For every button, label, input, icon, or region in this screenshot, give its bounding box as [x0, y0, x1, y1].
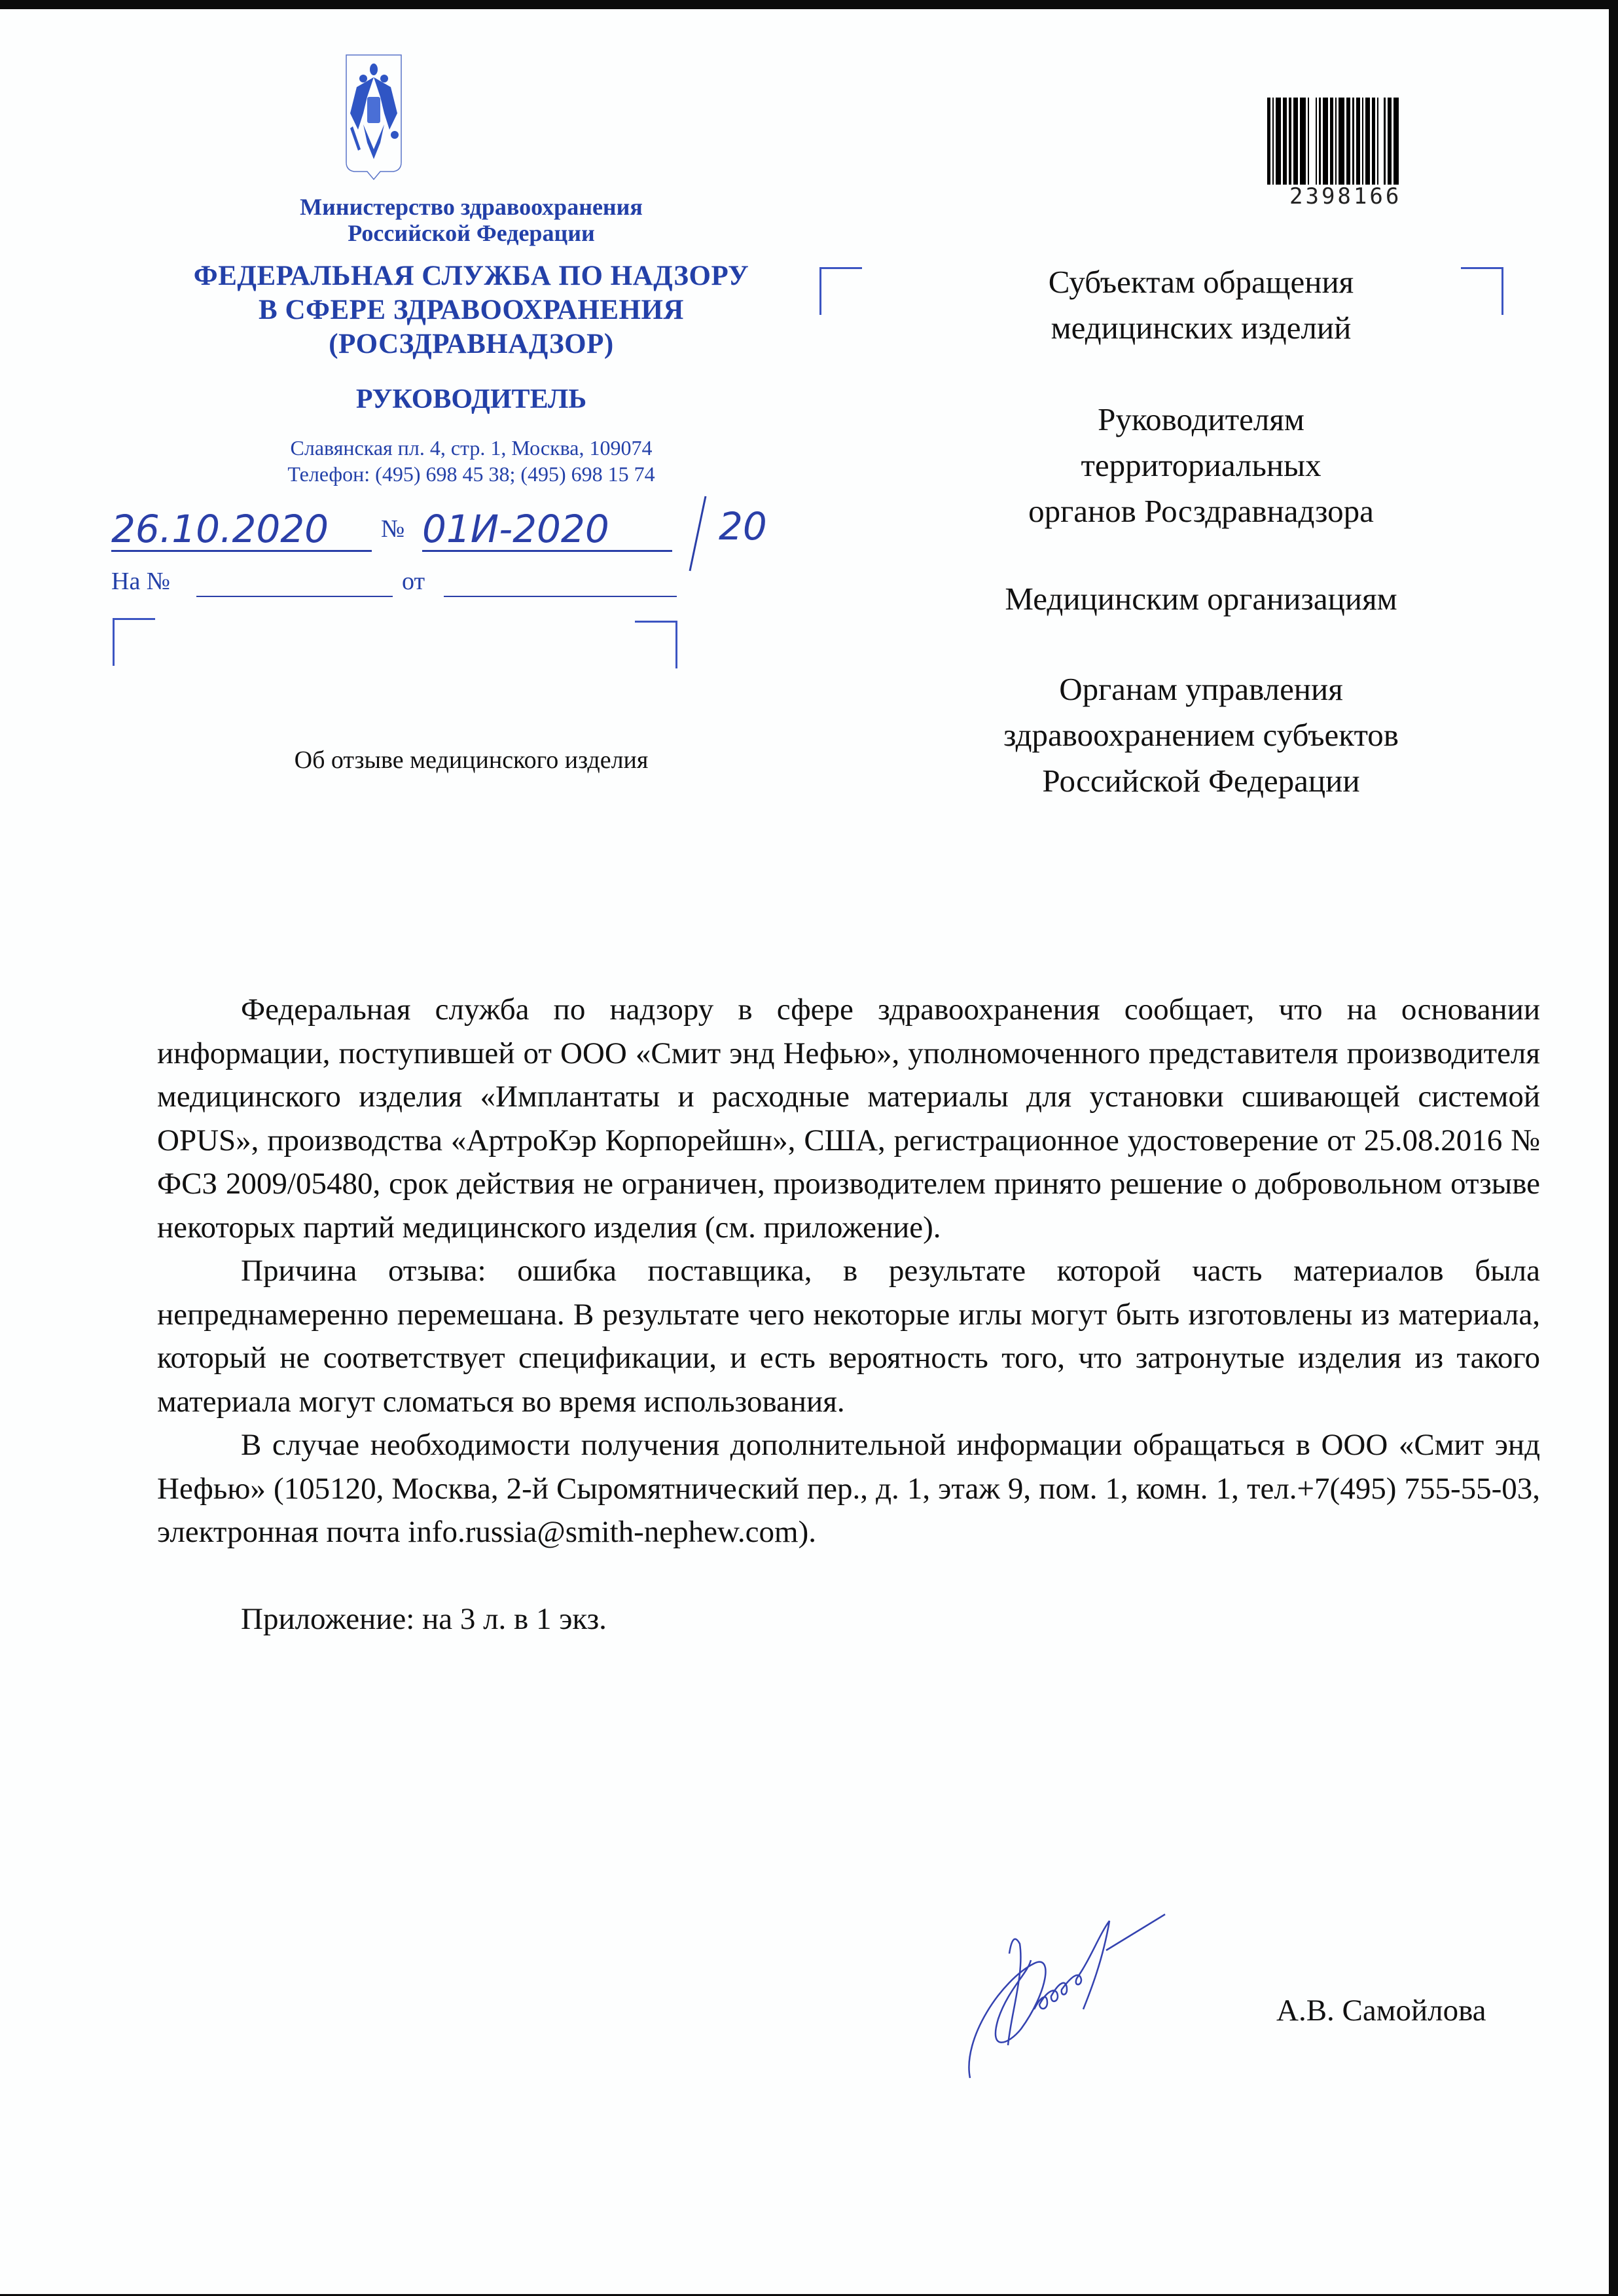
service-line-3: (РОСЗДРАВНАДЗОР) [105, 327, 838, 361]
barcode-icon [1267, 98, 1437, 185]
signatory-name: А.В. Самойлова [1276, 1993, 1486, 2028]
paragraph-recall-notice: Федеральная служба по надзору в сфере зд… [157, 988, 1540, 1249]
recipient-group: Органам управления здравоохранением субъ… [903, 666, 1499, 804]
reply-from-label: от [402, 567, 425, 596]
ministry-name: Министерство здравоохранения Российской … [105, 194, 838, 246]
document-page: Министерство здравоохранения Российской … [0, 9, 1609, 2294]
recipient-line: Субъектам обращения [903, 259, 1499, 305]
ministry-line-1: Министерство здравоохранения [105, 194, 838, 220]
registration-date: 26.10.2020 [111, 507, 372, 552]
recipient-group: Медицинским организациям [903, 576, 1499, 622]
recipient-group: Руководителям территориальных органов Ро… [903, 397, 1499, 534]
reply-to-label: На № [111, 567, 170, 596]
attachment-note: Приложение: на 3 л. в 1 экз. [157, 1597, 1540, 1641]
recipient-line: Руководителям [903, 397, 1499, 443]
service-line-2: В СФЕРЕ ЗДРАВООХРАНЕНИЯ [105, 293, 838, 327]
recipient-line: Органам управления [903, 666, 1499, 712]
recipient-line: медицинских изделий [903, 305, 1499, 351]
letter-body: Федеральная служба по надзору в сфере зд… [157, 988, 1540, 1641]
reply-number-field [196, 596, 393, 597]
registration-suffix: 20 [719, 504, 767, 549]
subject-bracket-right [635, 621, 677, 668]
paragraph-contact-info: В случае необходимости получения дополни… [157, 1423, 1540, 1554]
service-line-1: ФЕДЕРАЛЬНАЯ СЛУЖБА ПО НАДЗОРУ [105, 259, 838, 293]
address: Славянская пл. 4, стр. 1, Москва, 109074 [105, 435, 838, 461]
recipient-bracket-left [819, 267, 862, 315]
recipient-line: Российской Федерации [903, 758, 1499, 804]
barcode-number: 2398166 [1289, 183, 1401, 210]
reply-date-field [444, 596, 677, 597]
position-title: РУКОВОДИТЕЛЬ [105, 384, 838, 415]
recipient-line: здравоохранением субъектов [903, 712, 1499, 758]
slash-mark-icon [687, 495, 707, 572]
russian-coat-of-arms-icon [344, 51, 404, 182]
registration-number: 01И-2020 [422, 507, 672, 552]
recipient-line: Медицинским организациям [903, 576, 1499, 622]
service-name: ФЕДЕРАЛЬНАЯ СЛУЖБА ПО НАДЗОРУ В СФЕРЕ ЗД… [105, 259, 838, 361]
subject-bracket-left [113, 618, 155, 666]
recipient-line: органов Росздравнадзора [903, 488, 1499, 534]
number-sign: № [381, 515, 404, 543]
paragraph-recall-reason: Причина отзыва: ошибка поставщика, в рез… [157, 1249, 1540, 1423]
ministry-line-2: Российской Федерации [105, 220, 838, 246]
recipient-group: Субъектам обращения медицинских изделий [903, 259, 1499, 351]
subject-line: Об отзыве медицинского изделия [105, 746, 838, 774]
contact-block: Славянская пл. 4, стр. 1, Москва, 109074… [105, 435, 838, 487]
handwritten-signature-icon [949, 1882, 1355, 2098]
recipient-line: территориальных [903, 443, 1499, 488]
phone: Телефон: (495) 698 45 38; (495) 698 15 7… [105, 461, 838, 487]
